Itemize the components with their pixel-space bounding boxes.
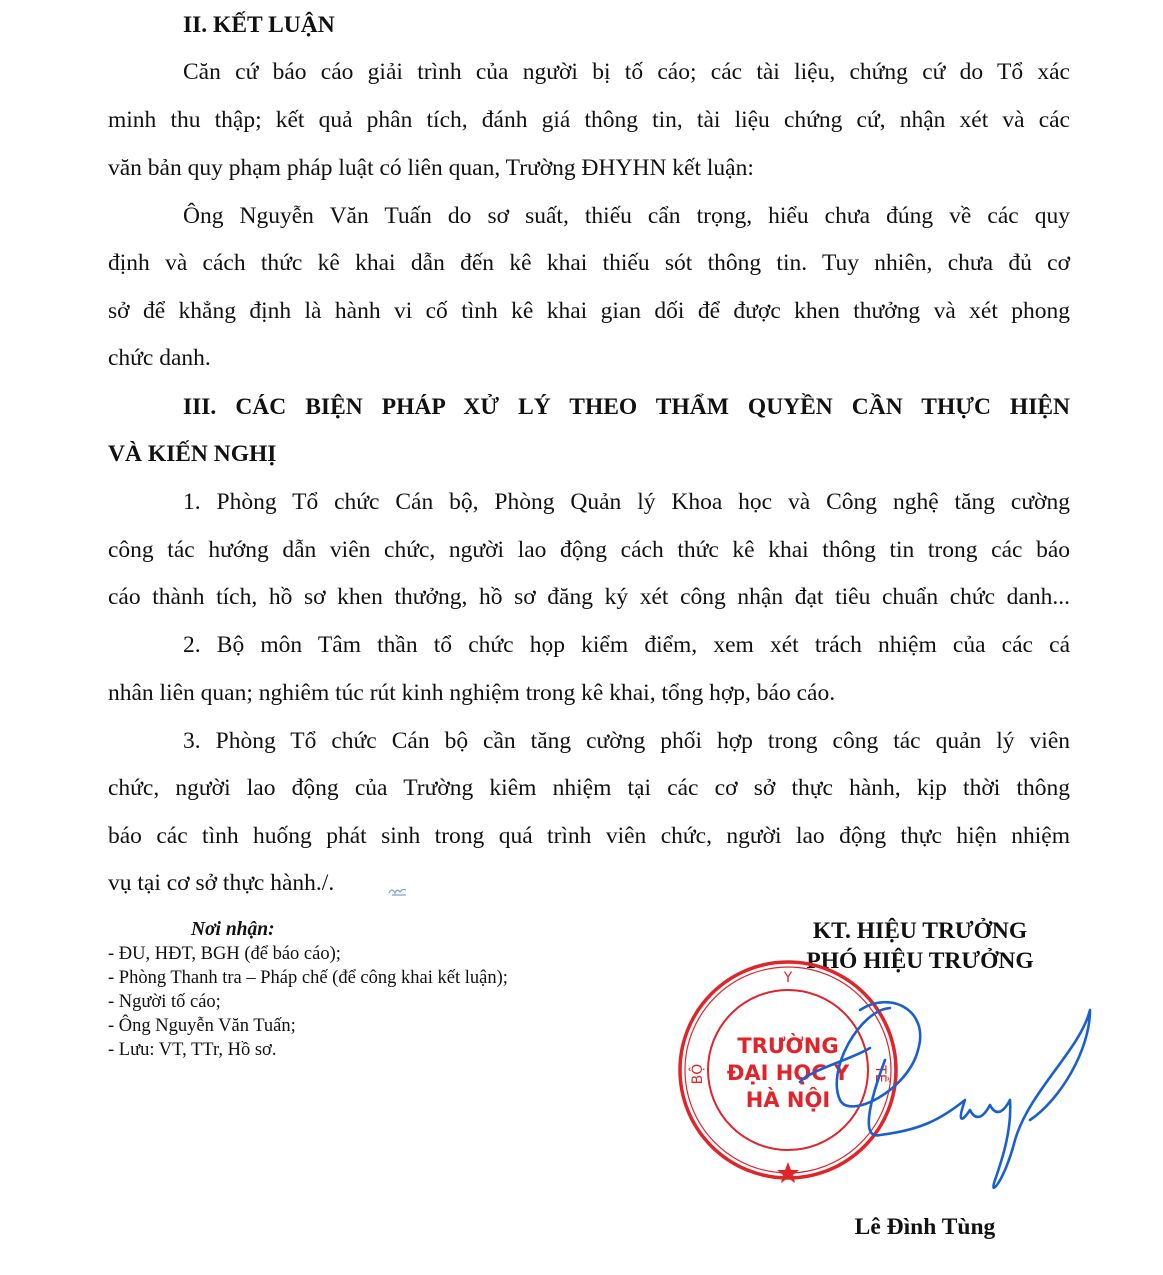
paragraph-line: minh thu thập; kết quả phân tích, đánh g… bbox=[108, 105, 1070, 135]
measure-item-1: cáo thành tích, hồ sơ khen thưởng, hồ sơ… bbox=[108, 582, 1070, 612]
measure-item-3: báo các tình huống phát sinh trong quá t… bbox=[108, 821, 1070, 851]
stamp-ring-left: BỘ bbox=[688, 1064, 706, 1085]
measure-item-1: công tác hướng dẫn viên chức, người lao … bbox=[108, 535, 1070, 565]
recipient-item: - Lưu: VT, TTr, Hồ sơ. bbox=[108, 1038, 508, 1062]
measure-item-3: 3. Phòng Tổ chức Cán bộ cần tăng cường p… bbox=[183, 726, 1070, 756]
handwritten-signature-icon bbox=[790, 990, 1110, 1210]
section-heading-measures: III. CÁC BIỆN PHÁP XỬ LÝ THEO THẨM QUYỀN… bbox=[183, 392, 1070, 422]
paragraph-line: định và cách thức kê khai dẫn đến kê kha… bbox=[108, 248, 1070, 278]
signer-name: Lê Đình Tùng bbox=[810, 1214, 1040, 1241]
paragraph-line: Căn cứ báo cáo giải trình của người bị t… bbox=[183, 57, 1070, 87]
section-heading-conclusion: II. KẾT LUẬN bbox=[183, 10, 1145, 40]
measure-item-2: 2. Bộ môn Tâm thần tổ chức họp kiểm điểm… bbox=[183, 630, 1070, 660]
section-heading-measures-cont: VÀ KIẾN NGHỊ bbox=[108, 439, 1070, 469]
paragraph-line: Ông Nguyễn Văn Tuấn do sơ suất, thiếu cẩ… bbox=[183, 201, 1070, 231]
measure-item-3: chức, người lao động của Trường kiêm nhi… bbox=[108, 773, 1070, 803]
recipient-item: - ĐU, HĐT, BGH (để báo cáo); bbox=[108, 942, 508, 966]
measure-item-1: 1. Phòng Tổ chức Cán bộ, Phòng Quản lý K… bbox=[183, 487, 1070, 517]
paragraph-line: văn bản quy phạm pháp luật có liên quan,… bbox=[108, 153, 1070, 183]
document-page: II. KẾT LUẬN Căn cứ báo cáo giải trình c… bbox=[0, 0, 1163, 1275]
initials-mark-icon bbox=[386, 883, 416, 897]
recipient-item: - Ông Nguyễn Văn Tuấn; bbox=[108, 1014, 508, 1038]
paragraph-line: sở để khẳng định là hành vi cố tình kê k… bbox=[108, 296, 1070, 326]
signature-title-line1: KT. HIỆU TRƯỞNG bbox=[760, 916, 1080, 946]
recipient-item: - Người tố cáo; bbox=[108, 990, 508, 1014]
recipient-item: - Phòng Thanh tra – Pháp chế (để công kh… bbox=[108, 966, 508, 990]
paragraph-line: chức danh. bbox=[108, 343, 1070, 373]
recipients-block: Nơi nhận: - ĐU, HĐT, BGH (để báo cáo); -… bbox=[108, 918, 508, 1062]
measure-item-3: vụ tại cơ sở thực hành./. bbox=[108, 868, 1070, 898]
recipients-title: Nơi nhận: bbox=[108, 918, 508, 942]
stamp-ring-top: Y bbox=[783, 970, 793, 986]
measure-item-2: nhân liên quan; nghiêm túc rút kinh nghi… bbox=[108, 678, 1070, 708]
